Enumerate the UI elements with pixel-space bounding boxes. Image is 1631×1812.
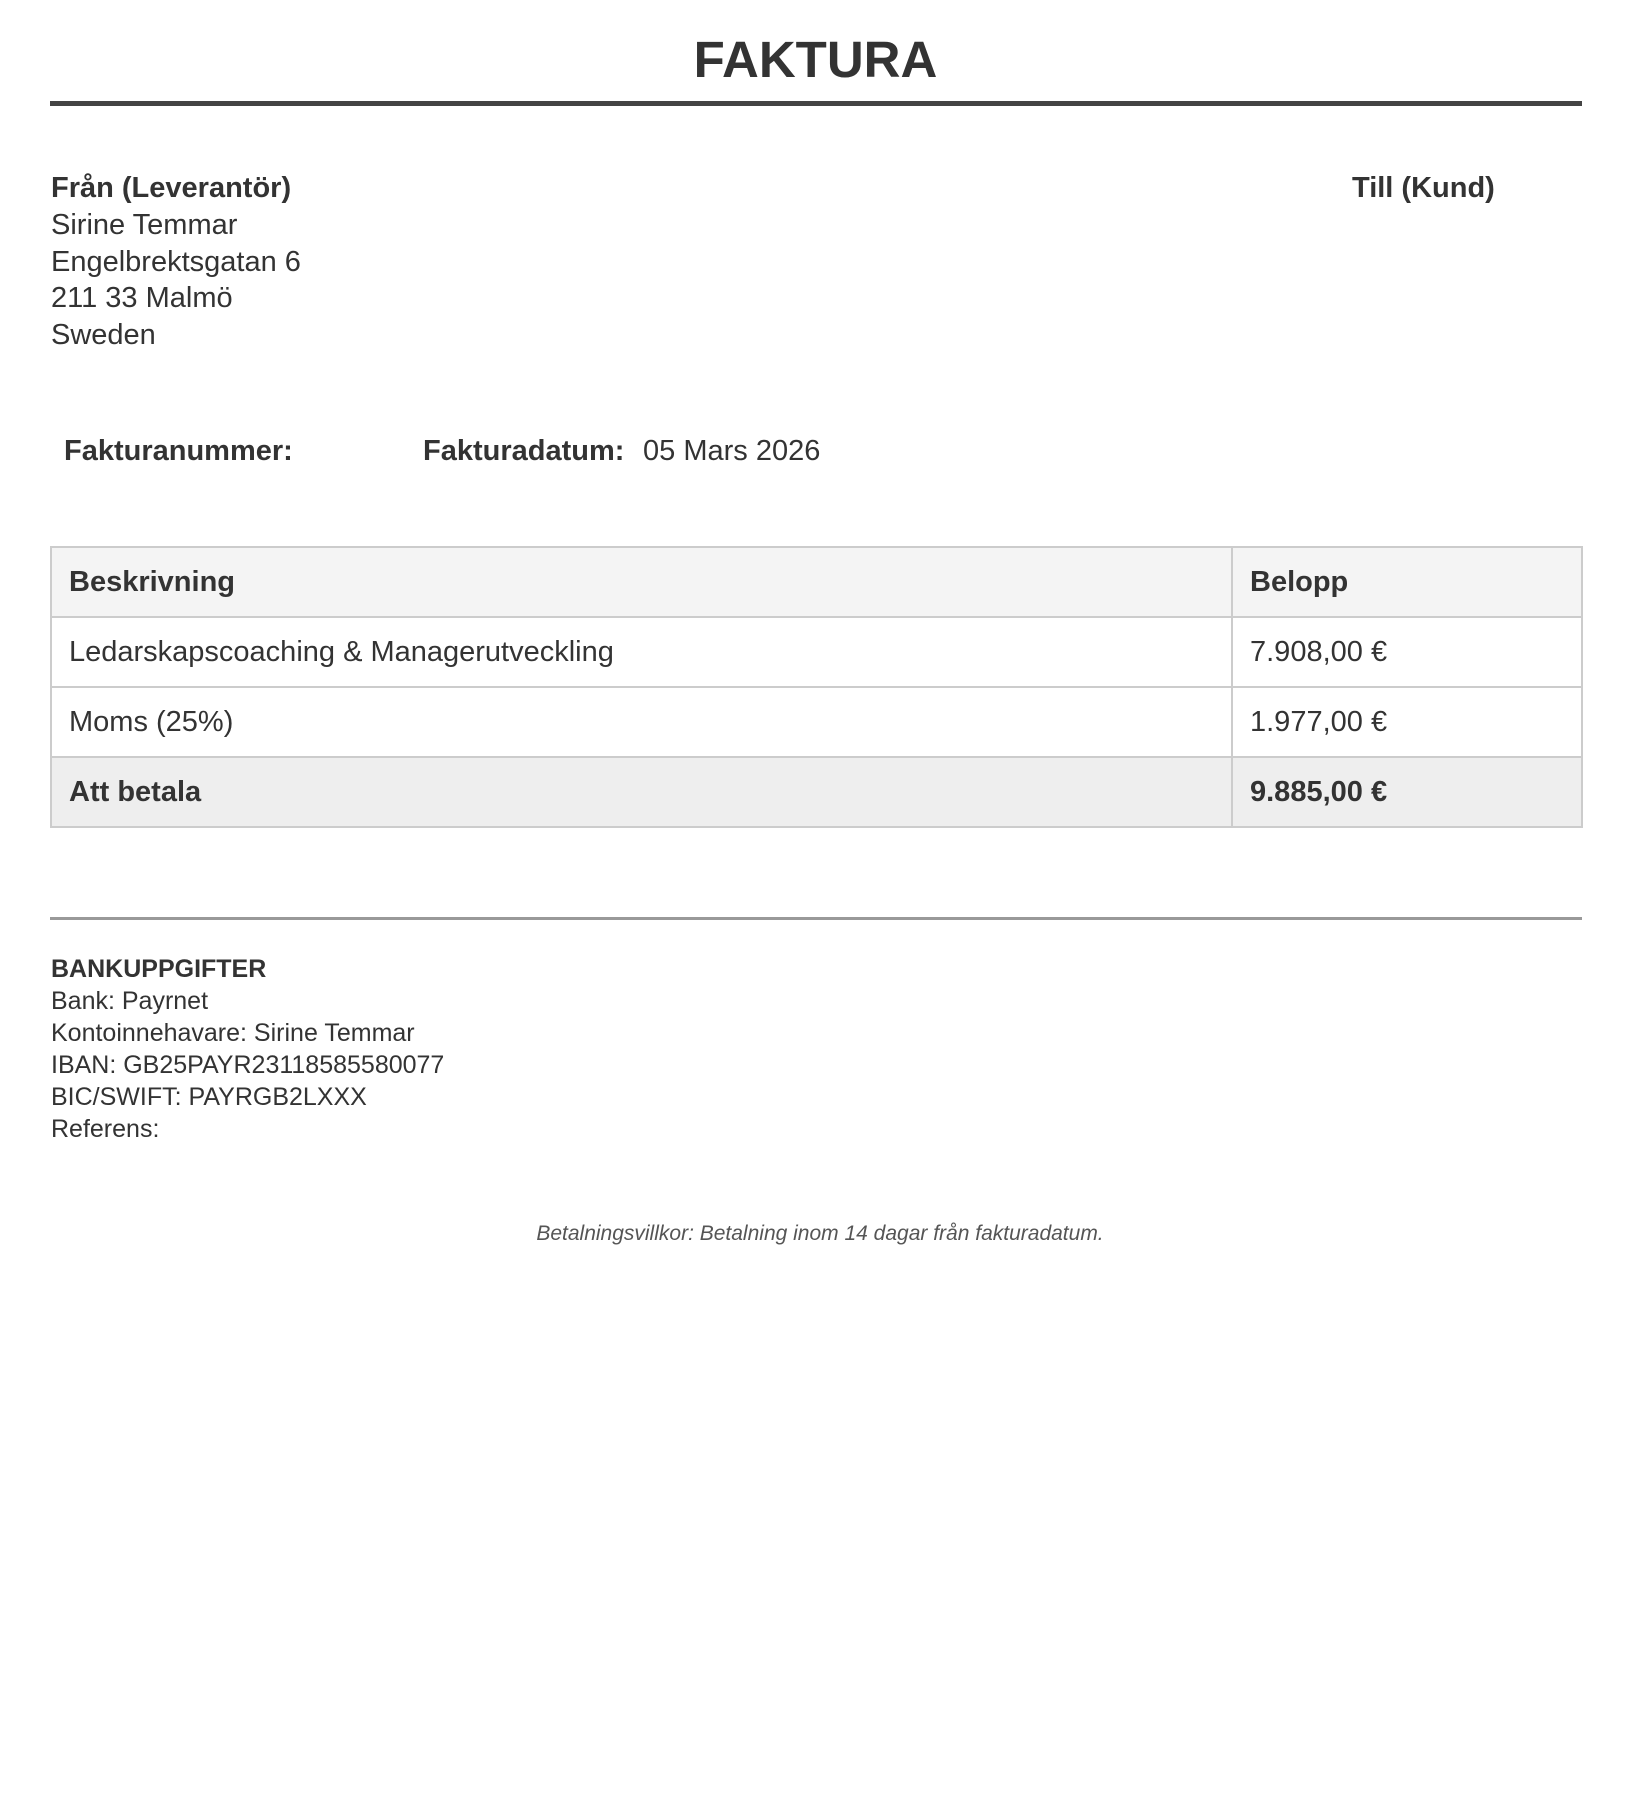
bank-details: BANKUPPGIFTER Bank: Payrnet Kontoinnehav… xyxy=(51,953,444,1145)
supplier-country: Sweden xyxy=(51,317,301,354)
bank-heading: BANKUPPGIFTER xyxy=(51,953,444,985)
row-amount: 1.977,00 € xyxy=(1232,687,1582,757)
invoice-date-value: 05 Mars 2026 xyxy=(643,433,820,469)
section-divider xyxy=(50,917,1582,920)
invoice-title: FAKTURA xyxy=(0,30,1631,90)
total-label: Att betala xyxy=(51,757,1232,827)
supplier-block: Från (Leverantör) Sirine Temmar Engelbre… xyxy=(51,170,301,354)
customer-heading: Till (Kund) xyxy=(1352,170,1495,207)
table-row: Ledarskapscoaching & Managerutveckling 7… xyxy=(51,617,1582,687)
payment-reference: Referens: xyxy=(51,1113,444,1145)
invoice-items-table: Beskrivning Belopp Ledarskapscoaching & … xyxy=(50,546,1583,828)
payment-terms: Betalningsvillkor: Betalning inom 14 dag… xyxy=(0,1220,1631,1248)
supplier-postal-city: 211 33 Malmö xyxy=(51,280,301,317)
row-amount: 7.908,00 € xyxy=(1232,617,1582,687)
invoice-number-label: Fakturanummer: xyxy=(64,433,293,469)
account-holder: Kontoinnehavare: Sirine Temmar xyxy=(51,1017,444,1049)
iban: IBAN: GB25PAYR23118585580077 xyxy=(51,1049,444,1081)
table-row: Moms (25%) 1.977,00 € xyxy=(51,687,1582,757)
row-description: Moms (25%) xyxy=(51,687,1232,757)
supplier-heading: Från (Leverantör) xyxy=(51,170,301,207)
invoice-date-label: Fakturadatum: xyxy=(423,433,624,469)
column-header-description: Beskrivning xyxy=(51,547,1232,617)
column-header-amount: Belopp xyxy=(1232,547,1582,617)
total-amount: 9.885,00 € xyxy=(1232,757,1582,827)
title-rule xyxy=(50,101,1582,106)
bank-name: Bank: Payrnet xyxy=(51,985,444,1017)
supplier-name: Sirine Temmar xyxy=(51,207,301,244)
total-row: Att betala 9.885,00 € xyxy=(51,757,1582,827)
supplier-street: Engelbrektsgatan 6 xyxy=(51,244,301,281)
table-header-row: Beskrivning Belopp xyxy=(51,547,1582,617)
bic-swift: BIC/SWIFT: PAYRGB2LXXX xyxy=(51,1081,444,1113)
row-description: Ledarskapscoaching & Managerutveckling xyxy=(51,617,1232,687)
